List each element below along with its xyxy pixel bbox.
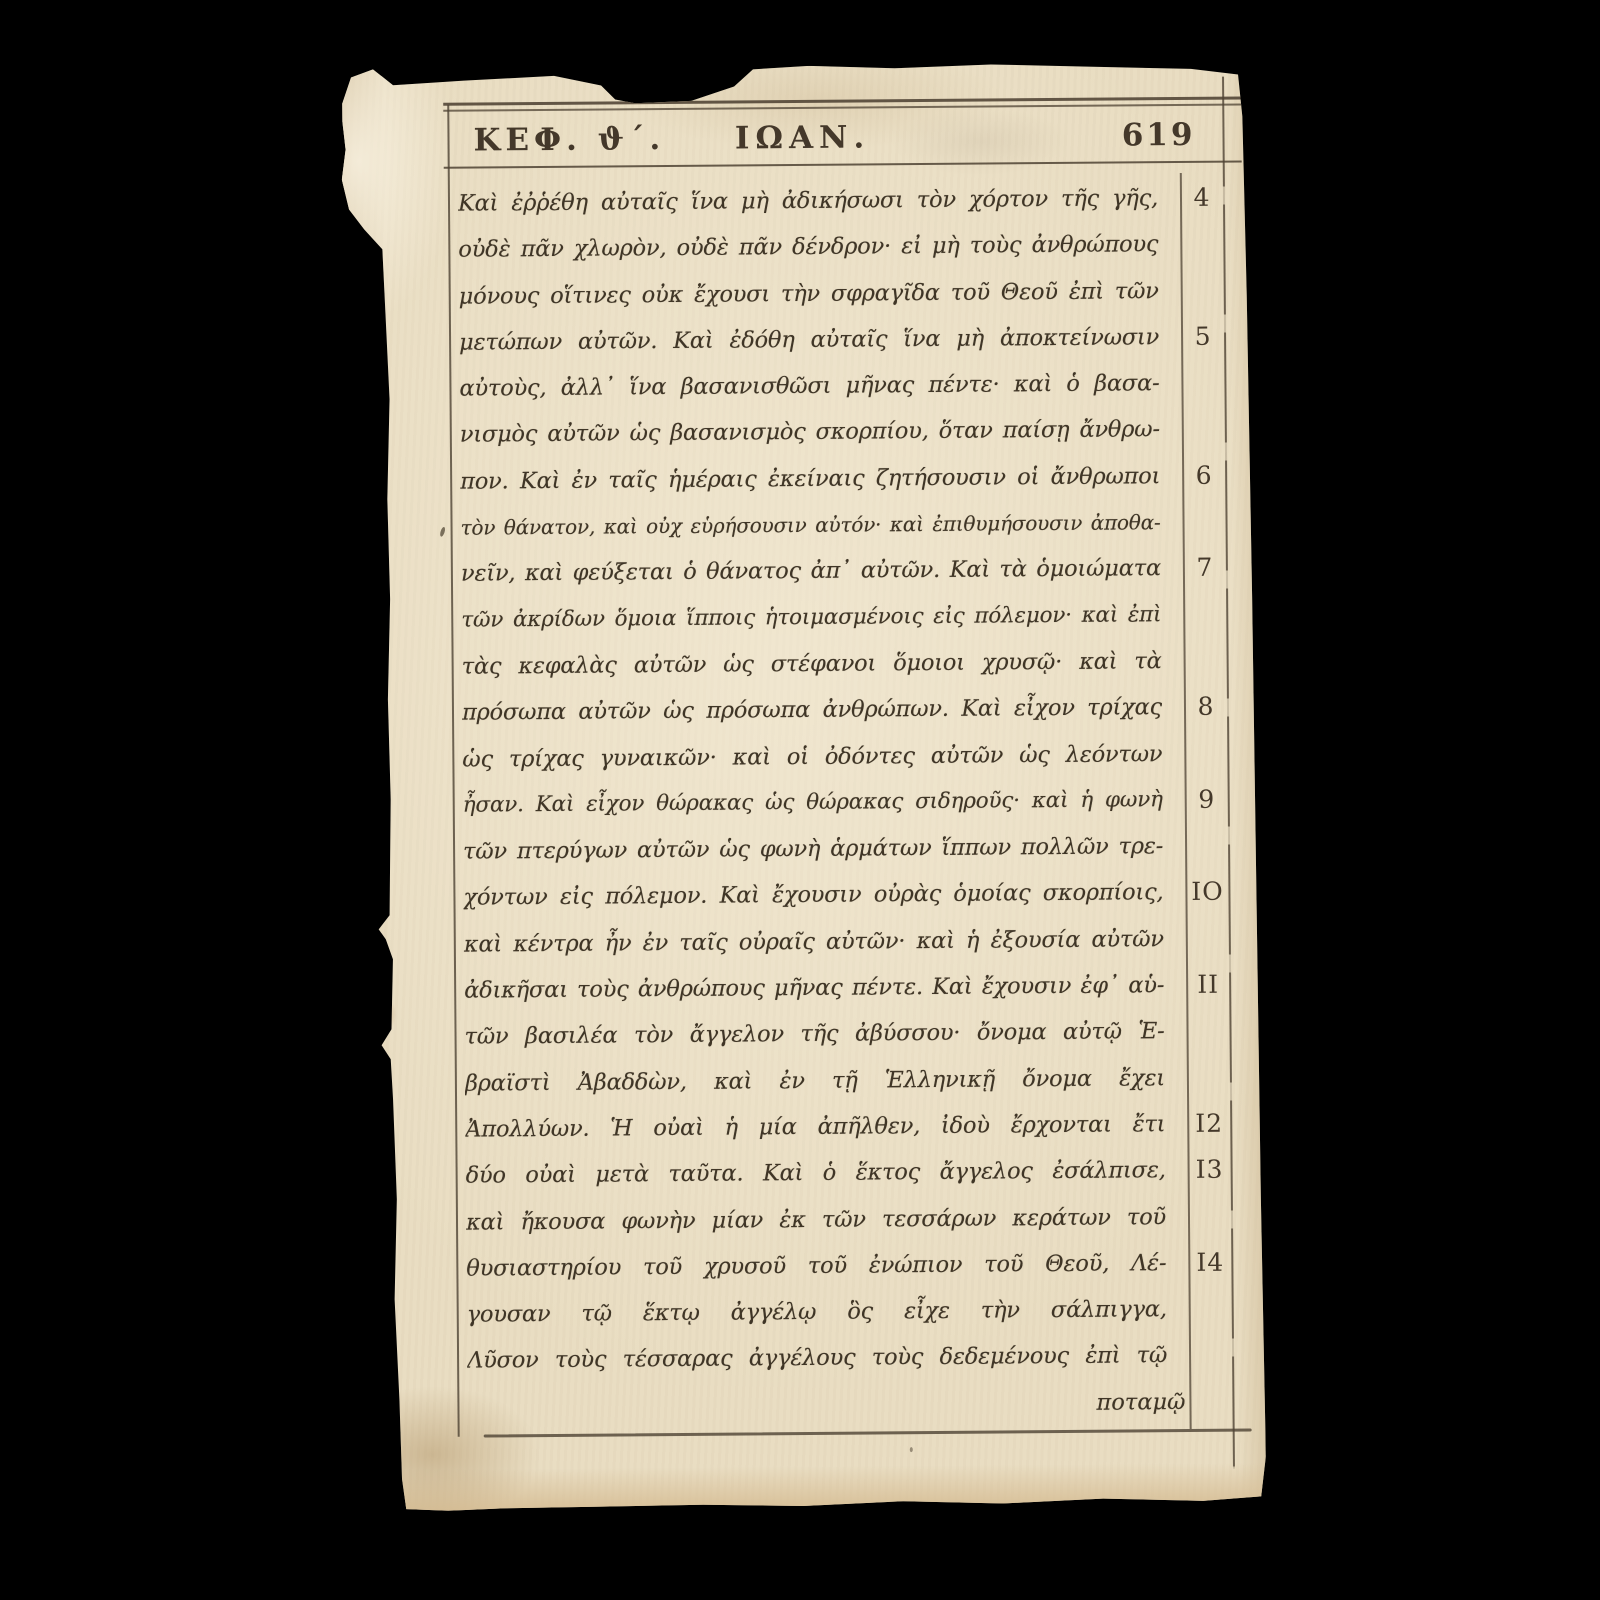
text-line-text: γουσαν τῷ ἕκτῳ ἀγγέλῳ ὃς εἶχε τὴν σάλπιγ… [467,1286,1167,1338]
verse-number: I3 [1187,1147,1231,1194]
text-line-text: Καὶ ἐῤῥέθη αὐταῖς ἵνα μὴ ἀδικήσωσι τὸν χ… [458,175,1158,227]
text-line-text: θυσιαστηρίου τοῦ χρυσοῦ τοῦ ἐνώπιον τοῦ … [466,1240,1166,1292]
text-line-text: νεῖν, καὶ φεύξεται ὁ θάνατος ἀπ᾽ αὐτῶν. … [461,546,1161,598]
catchword: ποταμῷ [467,1379,1185,1431]
book-title: ΙΩΑΝ. [735,111,871,164]
text-line-text: μετώπων αὐτῶν. Καὶ ἐδόθη αὐταῖς ἵνα μὴ ἀ… [459,314,1159,366]
text-line-text: τὸν θάνατον, καὶ οὐχ εὑρήσουσιν αὐτόν· κ… [460,499,1160,551]
text-line-text: πρόσωπα αὐτῶν ὡς πρόσωπα ἀνθρώπων. Καὶ ε… [462,684,1162,736]
text-line-text: πον. Καὶ ἐν ταῖς ἡμέραις ἐκείναις ζητήσο… [460,453,1160,505]
chapter-label: ΚΕΦ. ϑ´. [473,113,665,167]
verse-number: 6 [1182,452,1226,499]
verse-number: 9 [1185,777,1229,824]
ink-speck [439,526,446,537]
text-block: Καὶ ἐῤῥέθη αὐταῖς ἵνα μὴ ἀδικήσωσι τὸν χ… [458,175,1168,1430]
text-line-text: αὐτοὺς, ἀλλ᾽ ἵνα βασανισθῶσι μῆνας πέντε… [459,360,1159,412]
text-line-text: βραϊστὶ Ἀβαδδὼν, καὶ ἐν τῇ Ἑλληνικῇ ὄνομ… [465,1055,1165,1107]
verse-number: I4 [1188,1239,1232,1286]
text-line-text: Ἀπολλύων. Ἡ οὐαὶ ἡ μία ἀπῆλθεν, ἰδοὺ ἔρχ… [465,1101,1165,1153]
text-line: μόνους οἵτινες οὐκ ἔχουσι τὴν σφραγῖδα τ… [459,268,1159,320]
text-line: πρόσωπα αὐτῶν ὡς πρόσωπα ἀνθρώπων. Καὶ ε… [462,684,1162,736]
text-line-text: τῶν πτερύγων αὐτῶν ὡς φωνὴ ἁρμάτων ἵππων… [463,823,1163,875]
edge-stain [374,997,396,1031]
text-line: καὶ κέντρα ἦν ἐν ταῖς οὐραῖς αὐτῶν· καὶ … [464,916,1164,968]
text-line-text: τῶν βασιλέα τὸν ἄγγελον τῆς ἀβύσσου· ὄνο… [464,1009,1164,1061]
text-line: ὡς τρίχας γυναικῶν· καὶ οἱ ὀδόντες αὐτῶν… [462,731,1162,783]
text-line-text: τῶν ἀκρίδων ὅμοια ἵπποις ἡτοιμασμένοις ε… [461,592,1161,644]
ink-speck [910,1447,913,1452]
edge-stain [373,1147,395,1181]
verse-number: II [1186,962,1230,1009]
text-line: νισμὸς αὐτῶν ὡς βασανισμὸς σκορπίου, ὅτα… [460,407,1160,459]
text-line-text: τὰς κεφαλὰς αὐτῶν ὡς στέφανοι ὅμοιοι χρυ… [461,638,1161,690]
text-line: ἦσαν. Καὶ εἶχον θώρακας ὡς θώρακας σιδηρ… [463,777,1163,829]
text-line: μετώπων αὐτῶν. Καὶ ἐδόθη αὐταῖς ἵνα μὴ ἀ… [459,314,1159,366]
text-line: Καὶ ἐῤῥέθη αὐταῖς ἵνα μὴ ἀδικήσωσι τὸν χ… [458,175,1158,227]
verse-number: IO [1185,869,1229,916]
text-line-text: ὡς τρίχας γυναικῶν· καὶ οἱ ὀδόντες αὐτῶν… [462,731,1162,783]
corner-stain [1199,66,1255,126]
text-line-text: μόνους οἵτινες οὐκ ἔχουσι τὴν σφραγῖδα τ… [459,268,1159,320]
verse-number: 4 [1180,175,1224,222]
verse-number: 7 [1183,545,1227,592]
text-line: Ἀπολλύων. Ἡ οὐαὶ ἡ μία ἀπῆλθεν, ἰδοὺ ἔρχ… [465,1101,1165,1153]
verse-number: 8 [1184,684,1228,731]
text-line: πον. Καὶ ἐν ταῖς ἡμέραις ἐκείναις ζητήσο… [460,453,1160,505]
text-line: ἀδικῆσαι τοὺς ἀνθρώπους μῆνας πέντε. Καὶ… [464,962,1164,1014]
catchword-line: ποταμῷ [467,1379,1185,1431]
text-line: βραϊστὶ Ἀβαδδὼν, καὶ ἐν τῇ Ἑλληνικῇ ὄνομ… [465,1055,1165,1107]
text-line-text: Λῦσον τοὺς τέσσαρας ἀγγέλους τοὺς δεδεμέ… [467,1333,1167,1385]
text-line-text: δύο οὐαὶ μετὰ ταῦτα. Καὶ ὁ ἕκτος ἄγγελος… [465,1147,1165,1199]
text-line: τῶν ἀκρίδων ὅμοια ἵπποις ἡτοιμασμένοις ε… [461,592,1161,644]
text-line: αὐτοὺς, ἀλλ᾽ ἵνα βασανισθῶσι μῆνας πέντε… [459,360,1159,412]
text-line-text: καὶ κέντρα ἦν ἐν ταῖς οὐραῖς αὐτῶν· καὶ … [464,916,1164,968]
running-header: ΚΕΦ. ϑ´. ΙΩΑΝ. 619 [443,109,1241,167]
ink-speck [361,347,371,360]
text-line-text: νισμὸς αὐτῶν ὡς βασανισμὸς σκορπίου, ὅτα… [460,407,1160,459]
bottom-border-rule [484,1428,1252,1437]
text-line: καὶ ἤκουσα φωνὴν μίαν ἐκ τῶν τεσσάρων κε… [466,1194,1166,1246]
verse-number: 5 [1181,314,1225,361]
text-line: θυσιαστηρίου τοῦ χρυσοῦ τοῦ ἐνώπιον τοῦ … [466,1240,1166,1292]
text-line: τῶν πτερύγων αὐτῶν ὡς φωνὴ ἁρμάτων ἵππων… [463,823,1163,875]
text-line: τὸν θάνατον, καὶ οὐχ εὑρήσουσιν αὐτόν· κ… [460,499,1160,551]
verse-number: I2 [1187,1101,1231,1148]
text-line-text: χόντων εἰς πόλεμον. Καὶ ἔχουσιν οὐρὰς ὁμ… [463,870,1163,922]
book-page-photo: ΚΕΦ. ϑ´. ΙΩΑΝ. 619 Καὶ ἐῤῥέθη αὐταῖς ἵνα… [339,52,1266,1513]
text-line: Λῦσον τοὺς τέσσαρας ἀγγέλους τοὺς δεδεμέ… [467,1333,1167,1385]
text-line: τῶν βασιλέα τὸν ἄγγελον τῆς ἀβύσσου· ὄνο… [464,1009,1164,1061]
text-line-text: ἦσαν. Καὶ εἶχον θώρακας ὡς θώρακας σιδηρ… [463,777,1163,829]
text-line: τὰς κεφαλὰς αὐτῶν ὡς στέφανοι ὅμοιοι χρυ… [461,638,1161,690]
page-number: 619 [1122,109,1196,162]
text-line: οὐδὲ πᾶν χλωρὸν, οὐδὲ πᾶν δένδρον· εἰ μὴ… [458,221,1158,273]
text-line-text: καὶ ἤκουσα φωνὴν μίαν ἐκ τῶν τεσσάρων κε… [466,1194,1166,1246]
text-line: δύο οὐαὶ μετὰ ταῦτα. Καὶ ὁ ἕκτος ἄγγελος… [465,1147,1165,1199]
text-line-text: ἀδικῆσαι τοὺς ἀνθρώπους μῆνας πέντε. Καὶ… [464,962,1164,1014]
text-line-text: οὐδὲ πᾶν χλωρὸν, οὐδὲ πᾶν δένδρον· εἰ μὴ… [458,221,1158,273]
text-line: γουσαν τῷ ἕκτῳ ἀγγέλῳ ὃς εἶχε τὴν σάλπιγ… [467,1286,1167,1338]
text-line: χόντων εἰς πόλεμον. Καὶ ἔχουσιν οὐρὰς ὁμ… [463,870,1163,922]
text-line: νεῖν, καὶ φεύξεται ὁ θάνατος ἀπ᾽ αὐτῶν. … [461,546,1161,598]
